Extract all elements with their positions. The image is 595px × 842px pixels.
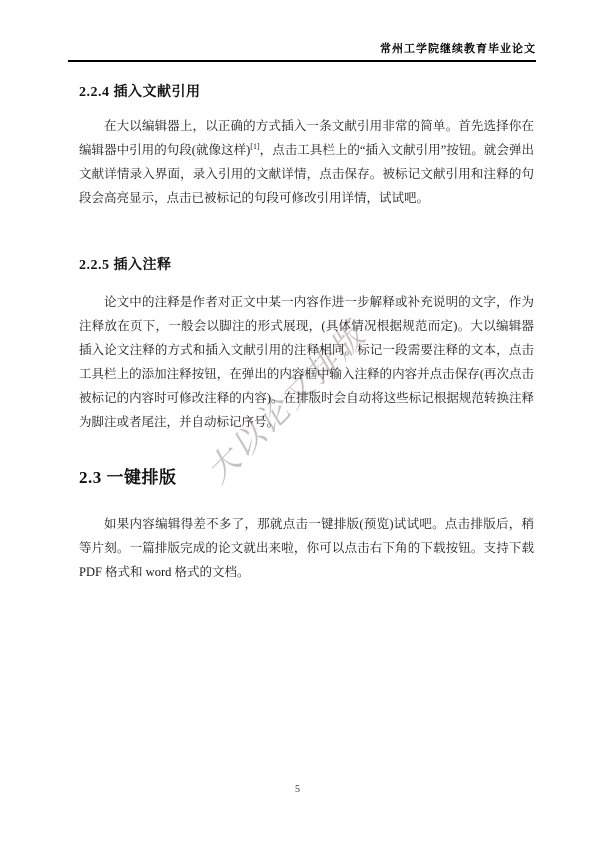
page-number: 5 — [0, 784, 595, 795]
section-heading-2-2-5: 2.2.5 插入注释 — [79, 254, 172, 274]
header-title: 常州工学院继续教育毕业论文 — [380, 43, 536, 55]
section-heading-2-2-4: 2.2.4 插入文献引用 — [79, 81, 201, 101]
paragraph-insert-note: 论文中的注释是作者对正文中某一内容作进一步解释或补充说明的文字，作为注释放在页下… — [79, 290, 534, 434]
paragraph-insert-citation: 在大以编辑器上，以正确的方式插入一条文献引用非常的简单。首先选择你在编辑器中引用… — [79, 114, 534, 210]
paragraph-one-click-layout: 如果内容编辑得差不多了，那就点击一键排版(预览)试试吧。点击排版后，稍等片刻。一… — [79, 512, 534, 584]
section-heading-2-3: 2.3 一键排版 — [79, 463, 177, 488]
citation-superscript: [1] — [250, 142, 259, 151]
document-page: 大以论文排版 常州工学院继续教育毕业论文 2.2.4 插入文献引用 在大以编辑器… — [0, 0, 595, 842]
page-header: 常州工学院继续教育毕业论文 — [68, 40, 536, 62]
